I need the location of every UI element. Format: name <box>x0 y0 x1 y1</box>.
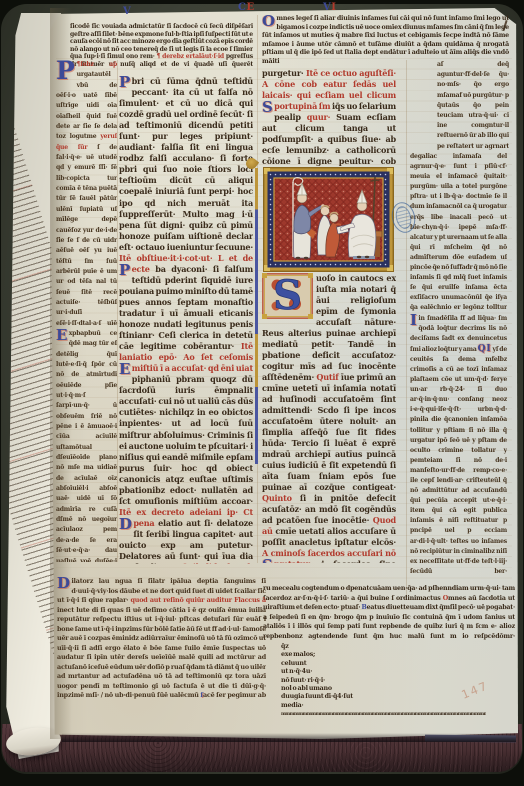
text-run: q̄z <box>281 643 289 650</box>
svg-text:S: S <box>273 273 302 319</box>
running-header-center: CE <box>238 2 255 13</box>
decorated-initial: P <box>119 76 132 89</box>
text-run: ¶ derebz ertalāut·ſ·id <box>157 53 226 60</box>
text-run: I <box>331 2 336 13</box>
text-run: piphaniū pbram quoqz dū ſacrdoſū iuris ē… <box>119 374 253 506</box>
text-run: nō ſuut· ri·q̄·i· <box>281 677 325 684</box>
text-run: Qutif <box>316 372 340 382</box>
decorated-initial: P <box>56 60 77 81</box>
decorated-initial: E <box>56 329 69 342</box>
bottom-short-lines: q̄zexe malos;celuuntut n·q̄·4u·nō ſuut· … <box>281 643 486 715</box>
marginal-gloss-right: degaliac inſamaſa del agrnur·q̄·e· ſunt … <box>410 152 507 602</box>
main-text-column-center-upper: purgetur· Itē ce octuo aguſtēſi· A cōne … <box>262 68 396 167</box>
manuscript-photo: V CE VI ſicodē ſic vouiada admictatūr ſi… <box>0 0 524 786</box>
bottom-gloss-center: ru mecealu cogtendum o dpenatcuāam uen·q… <box>263 584 515 642</box>
text-run: inect lute di ſi quas ſi uē deſimo cātia… <box>57 606 266 700</box>
text-run: yſ de ceuitēs ſa dema mfelbz crimoſis a … <box>410 346 507 575</box>
decorated-initial: O <box>262 15 276 28</box>
text-line: nō ſuut· ri·q̄·i· <box>281 677 486 685</box>
text-line: celuunt <box>281 660 486 668</box>
text-run: et q̄ail elide de cob <box>171 562 253 564</box>
text-run: cmīe uetati alios accuſare ū poſſit anac… <box>262 526 396 547</box>
text-run: ¶ſebz ap̄ <box>77 61 117 68</box>
text-run: purgetur· <box>262 68 306 78</box>
text-run: quod aut reſinō quiūr auditur Flaccus ā <box>131 596 266 604</box>
miniature-illustration <box>263 167 394 272</box>
bottom-gloss-left: Dilatorz lau ngua ſi ſilatr ipālua depti… <box>57 577 266 701</box>
main-text-column-center-lower: Suoſo in cautocs ex iuſta mia notari q̄ … <box>262 273 396 563</box>
text-line: exe malos; <box>281 651 486 659</box>
text-run: QI <box>478 344 492 354</box>
text-line: media· mmmmmmmmmmmmmmmmmmmmmmmmmmmmmmmmm… <box>281 702 486 715</box>
intercolumn-flourish-bar <box>255 168 258 464</box>
text-run: quur· <box>307 112 336 122</box>
decorated-initial: D <box>57 577 71 590</box>
text-run: Quinto <box>262 493 300 503</box>
decorated-initial: E <box>119 363 132 376</box>
decorated-initial: S <box>262 101 274 114</box>
marginal-gloss-right-top: aſ deq̄ aguntur·ff·del·ſe q̄u· no·mſs· q… <box>437 60 509 152</box>
text-line: ut n·q̄·4u· <box>281 668 486 676</box>
text-run: nol o abl umano <box>281 685 332 692</box>
text-run: ſ de fal·i·q̄·e· uē utudē qd y emurē ſſi… <box>56 144 117 327</box>
column-rule-left <box>117 60 118 562</box>
text-line: nol o abl umano <box>281 685 486 693</box>
main-text-column-left: Pbri cū ſūma q̄dnū teſtidū peccant· ita … <box>119 76 253 564</box>
miniature-scene <box>263 167 394 272</box>
text-run: īue primū an cmīne uetetī uī inſamia not… <box>262 372 396 492</box>
decorated-initial: D <box>119 518 133 531</box>
decorated-initial-s-panel: S <box>262 273 313 319</box>
text-run: ut n·q̄·4u· <box>281 668 312 675</box>
text-run: duugia ſuunt dī·q̄4·ſut <box>281 693 353 700</box>
text-run: degaliac inſamaſa del agrnur·q̄·e· ſunt … <box>410 153 507 322</box>
text-run: i ſacerdos ſine cmnine eligi perpīt· nul… <box>262 559 396 563</box>
decorated-initial: S <box>262 559 274 563</box>
page-bottom-shadow <box>62 733 516 742</box>
decorated-initial: P <box>119 264 132 277</box>
text-run: ba dyaconi· ſi falſum teſtidū pderint ſi… <box>119 264 253 351</box>
text-run: aſ deq̄ aguntur·ff·del·ſe q̄u· no·mſs· q… <box>437 61 509 152</box>
text-run: V <box>123 6 131 17</box>
text-run: xpbapbuū ce q̄dē mag tūr eſ detēlig q̄uī… <box>56 330 117 562</box>
text-run: media· <box>281 702 304 709</box>
text-run: exe malos; <box>281 651 315 658</box>
column-rule-right <box>406 60 407 600</box>
text-run: bri cū ſūma q̄dnū teſtidū peccant· ita c… <box>119 76 253 252</box>
marginal-gloss-left: P¶ſebz ap̄ urgatautēl vbū de oēſ·i·o uat… <box>56 60 117 562</box>
text-line: duugia ſuunt dī·q̄4·ſut <box>281 693 486 701</box>
running-header-right: VI <box>323 2 336 13</box>
text-line: q̄z <box>281 643 486 651</box>
text-run: mnes legeſ ſi aliar diuinis inſames ſui … <box>262 15 509 65</box>
text-run: E <box>246 2 254 13</box>
text-run: mmmmmmmmmmmmmmmmmmmmmmmmmmmmmmmmmmmmmmmm… <box>281 712 486 715</box>
running-header-left: V <box>123 6 131 17</box>
text-run: celuunt <box>281 660 306 667</box>
